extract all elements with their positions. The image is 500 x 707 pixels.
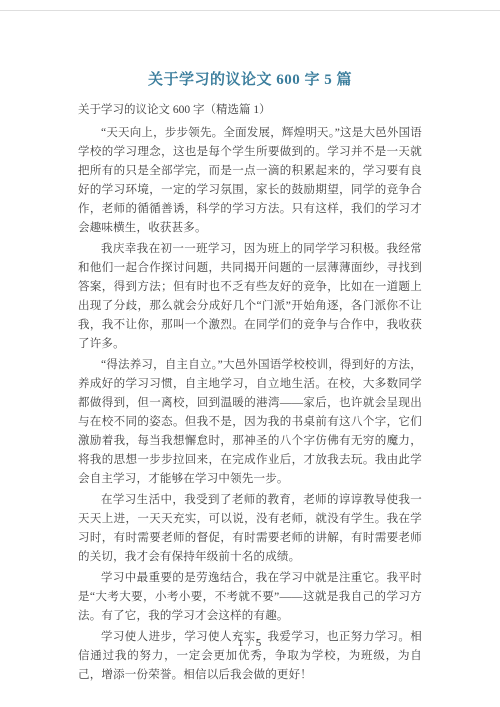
- document-page: 关于学习的议论文 600 字 5 篇 关于学习的议论文 600 字（精选篇 1）…: [0, 0, 500, 707]
- page-title: 关于学习的议论文 600 字 5 篇: [78, 72, 422, 88]
- paragraph: “得法养习，自主自立。”大邑外国语学校校训，得到好的方法，养成好的学习习惯，自主…: [78, 356, 422, 489]
- paragraph: 在学习生活中，我受到了老师的教育，老师的谆谆教导使我一天天上进，一天天充实，可以…: [78, 491, 422, 567]
- paragraph: “天天向上，步步领先。全面发展，辉煌明天。”这是大邑外国语学校的学习理念，这也是…: [78, 124, 422, 238]
- page-number: 1 / 5: [0, 637, 500, 649]
- paragraph: 学习中最重要的是劳逸结合，我在学习中就是注重它。我平时是“大考大要，小考小要，不…: [78, 569, 422, 626]
- doc-subtitle: 关于学习的议论文 600 字（精选篇 1）: [78, 101, 422, 120]
- document-content: 关于学习的议论文 600 字 5 篇 关于学习的议论文 600 字（精选篇 1）…: [78, 0, 422, 687]
- paragraph: 我庆幸我在初一一班学习，因为班上的同学学习积极。我经常和他们一起合作探讨问题，共…: [78, 240, 422, 354]
